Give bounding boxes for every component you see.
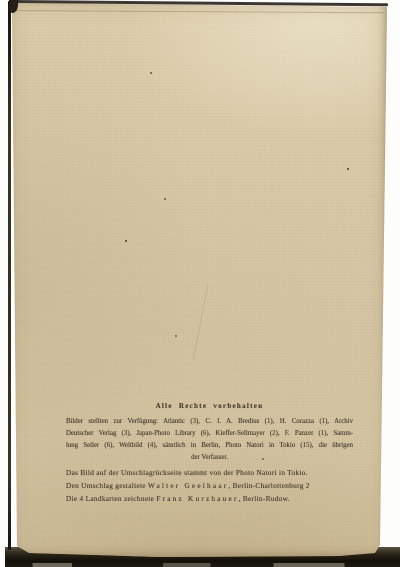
note-line-maps: Die 4 Landkarten zeichnete Franz Kurzhau… [66,492,366,505]
scanned-book-page: Alle Rechte vorbehalten Bilder stellten … [0,0,400,567]
cover-designer-name: Walter Geelhaar [148,481,228,490]
paper-specks [0,0,2,2]
photo-credits-paragraph: Bilder stellten zur Verfügung: Atlantic … [66,416,353,464]
note-line-cover-design: Den Umschlag gestaltete Walter Geelhaar,… [66,479,366,492]
colophon-notes: Das Bild auf der Umschlagrückseite stamm… [66,466,366,506]
credit-line: Bilder stellten zur Verfügung: Atlantic … [66,416,353,428]
maps-prefix: Die 4 Landkarten zeichnete [66,494,156,503]
book-bottom-edge-highlight [5,563,400,567]
rights-notice: Alle Rechte vorbehalten [66,402,353,410]
maps-suffix: , Berlin-Rudow. [239,494,290,503]
credit-line: lung Seiler (6), Weltbild (4), sämtlich … [66,440,353,452]
cover-photo-note: Das Bild auf der Umschlagrückseite stamm… [66,468,308,477]
cover-design-suffix: , Berlin-Charlottenburg 2 [228,481,309,490]
maps-artist-name: Franz Kurzhauer [156,494,238,503]
cover-design-prefix: Den Umschlag gestaltete [66,481,148,490]
scan-edge-left [8,1,11,550]
credit-line: Deutscher Verlag (3), Japan-Photo Librar… [66,428,353,440]
credit-line: der Verfasser. [66,452,353,464]
note-line-cover-photo: Das Bild auf der Umschlagrückseite stamm… [66,466,366,479]
